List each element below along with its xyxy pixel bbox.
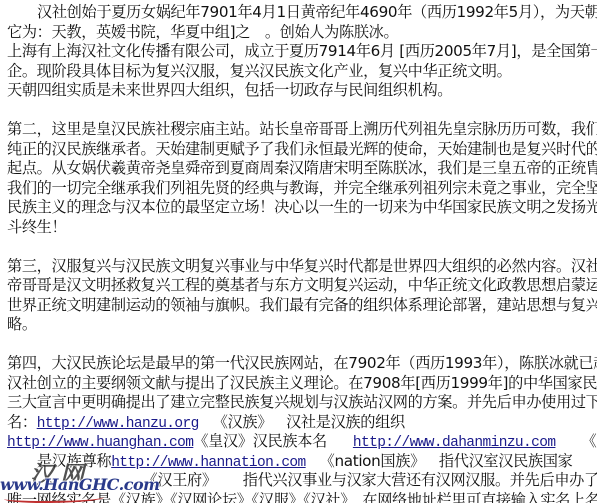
domain-line: http://www.huanghan.com《皇汉》汉民族本名http://w… bbox=[7, 432, 597, 452]
text-line: 汉社创始于夏历女娲纪年7901年4月1日黄帝纪年4690年（西历1992年5月）… bbox=[7, 3, 597, 23]
paragraph-4: 第四，大汉民族论坛是最早的第一代汉民族网站，在7902年（西历1993年），陈朕… bbox=[7, 354, 597, 503]
text-line: 企。现阶段具体目标为复兴汉服，复兴汉民族文化产业，复兴中华正统文明。 bbox=[7, 62, 597, 82]
site-title: 《汉族》 bbox=[213, 413, 272, 431]
link-hanzu[interactable]: http://www.hanzu.org bbox=[37, 416, 199, 432]
paragraph-1: 汉社创始于夏历女娲纪年7901年4月1日黄帝纪年4690年（西历1992年5月）… bbox=[7, 3, 597, 101]
text-line: 起点。从女娲伏羲黄帝尧皇舜帝到夏商周秦汉隋唐宋明至陈朕冰，我们是三皇五帝的正统胄… bbox=[7, 159, 597, 179]
text-line: 略。 bbox=[7, 315, 597, 335]
text-line: 帝哥哥是汉文明拯救复兴工程的奠基者与东方文明复兴运动，中华正统文化政教思想启蒙运… bbox=[7, 276, 597, 296]
site-title: 《皇汉》汉民族本名 bbox=[193, 432, 327, 450]
link-dahanminzu[interactable]: http://www.dahanminzu.com bbox=[353, 435, 556, 451]
text-prefix: 是汉族尊称 bbox=[37, 452, 111, 470]
text-prefix: 名： bbox=[7, 413, 37, 431]
text-line: 三大宣言中更明确提出了建立完整民族复兴规划与汉族站汉网的方案。并先后申办使用过下… bbox=[7, 393, 597, 413]
paragraph-gap bbox=[7, 101, 597, 121]
text-line: 它为：天教，英嫒书院，华夏中组]之 。创始人为陈朕冰。 bbox=[7, 23, 597, 43]
text-line: 世界正统文明建制运动的领袖与旗帜。我们最有完备的组织体系理论部署，建站思想与复兴… bbox=[7, 296, 597, 316]
text-line: 唯一网络实名是《汉族》《汉网论坛》《汉服》《汉社》，在网络地址栏里可直接输入实名… bbox=[7, 491, 597, 503]
site-description: 指代兴汉事业与汉家大营还有汉网汉服。并先后申办了全国 bbox=[243, 471, 597, 489]
site-description: 指代汉室汉民族国家 bbox=[439, 452, 573, 470]
text-line: 民族主义的理念与汉本位的最坚定立场！决心以一生的一切来为中华国家民族文明之发扬光… bbox=[7, 198, 597, 218]
text-line: 天朝四组实质是未来世界四大组织，包括一切政存与民间组织机构。 bbox=[7, 81, 597, 101]
domain-line: www.hanwang.com《汉王府》指代兴汉事业与汉家大营还有汉网汉服。并先… bbox=[7, 471, 597, 491]
site-title: 《大汉民族》 bbox=[581, 432, 597, 450]
link-hannation[interactable]: http://www.hannation.com bbox=[111, 455, 305, 471]
domain-line: 名：http://www.hanzu.org《汉族》汉社是汉族的组织 bbox=[7, 413, 597, 433]
text-line: 汉社创立的主要纲领文献与提出了汉民族主义理论。在7908年[西历1999年]的中… bbox=[7, 374, 597, 394]
text-line: 第四，大汉民族论坛是最早的第一代汉民族网站，在7902年（西历1993年），陈朕… bbox=[7, 354, 597, 374]
site-title: 《汉王府》 bbox=[143, 471, 217, 489]
text-line: 纯正的汉民族继承者。天始建制更赋予了我们永恒最光辉的使命，天始建制也是复兴时代的… bbox=[7, 140, 597, 160]
text-line: 第三，汉服复兴与汉民族文明复兴事业与中华复兴时代都是世界四大组织的必然内容。汉社… bbox=[7, 257, 597, 277]
domain-line: 是汉族尊称http://www.hannation.com《nation国族》指… bbox=[7, 452, 597, 472]
paragraph-gap bbox=[7, 335, 597, 355]
paragraph-2: 第二，这里是皇汉民族社稷宗庙主站。站长皇帝哥哥上溯历代列祖先皇宗脉历历可数，我们… bbox=[7, 120, 597, 237]
site-description: 汉社是汉族的组织 bbox=[286, 413, 405, 431]
text-line: 第二，这里是皇汉民族社稷宗庙主站。站长皇帝哥哥上溯历代列祖先皇宗脉历历可数，我们… bbox=[7, 120, 597, 140]
text-line: 我们的一切完全继承我们列祖先贤的经典与教诲，并完全继承列祖列宗未竟之事业，完全坚… bbox=[7, 179, 597, 199]
paragraph-3: 第三，汉服复兴与汉民族文明复兴事业与中华复兴时代都是世界四大组织的必然内容。汉社… bbox=[7, 257, 597, 335]
link-huanghan[interactable]: http://www.huanghan.com bbox=[7, 435, 193, 451]
text-line: 斗终生！ bbox=[7, 218, 597, 238]
site-title: 《nation国族》 bbox=[320, 452, 425, 470]
article-body: 汉社创始于夏历女娲纪年7901年4月1日黄帝纪年4690年（西历1992年5月）… bbox=[7, 3, 597, 503]
text-line: 上海有上海汉社文化传播有限公司，成立于夏历7914年6月 [西历2005年7月]… bbox=[7, 42, 597, 62]
paragraph-gap bbox=[7, 237, 597, 257]
